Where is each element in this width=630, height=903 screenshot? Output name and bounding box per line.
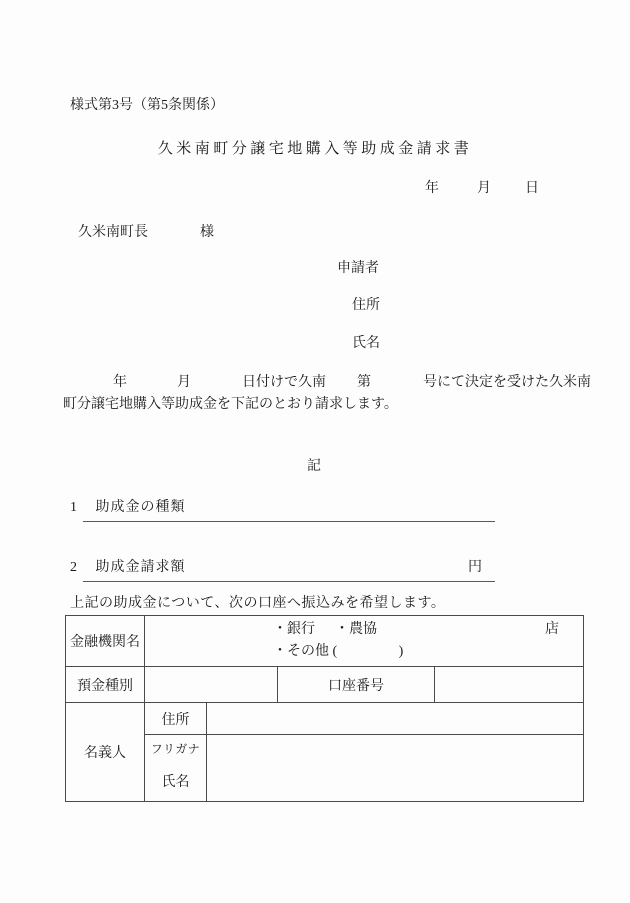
addressee-honorific: 様 [200,221,214,241]
transfer-note: 上記の助成金について、次の口座へ振込みを希望します。 [70,592,445,612]
holder-name-label-cell: フリガナ 氏名 [145,735,207,801]
date-day-label: 日 [525,177,539,197]
statement-go-phrase: 号にて決定を受けた久米南 [423,372,591,394]
holder-name-value-cell[interactable] [207,735,583,801]
item-1-number: 1 [70,500,77,516]
option-bank[interactable]: ・銀行 [273,619,315,641]
amount-fill-line[interactable] [83,581,495,582]
option-other-close-paren: ) [399,644,404,659]
option-other[interactable]: ・その他 ( [273,644,337,659]
form-page: 様式第3号（第5条関係） 久米南町分譲宅地購入等助成金請求書 年 月 日 久米南… [0,0,630,903]
holder-name-label: 氏名 [162,771,190,791]
statement-year-label: 年 [113,372,127,394]
institution-options-line2: ・その他 ( ) [273,641,583,663]
deposit-type-value-cell[interactable] [145,667,278,702]
request-statement: 年 月 日付けで久南 第 号にて決定を受けた久米南 町分譲宅地購入等助成金を下記… [63,372,603,416]
yen-unit-label: 円 [468,556,482,576]
institution-label: 金融機関名 [70,631,140,651]
form-number: 様式第3号（第5条関係） [70,94,224,114]
option-ja[interactable]: ・農協 [335,619,377,641]
holder-address-label-cell: 住所 [145,703,207,734]
account-number-value-cell[interactable] [435,667,583,702]
deposit-type-label: 預金種別 [77,675,133,695]
item-subsidy-type: 1 助成金の種類 [70,496,186,514]
institution-label-cell: 金融機関名 [66,616,145,666]
branch-suffix-label: 店 [545,619,559,641]
account-number-label-cell: 口座番号 [278,667,435,702]
holder-label-cell: 名義人 [66,703,145,801]
date-year-label: 年 [425,177,439,197]
deposit-account-row: 預金種別 口座番号 [66,667,583,703]
document-title: 久米南町分譲宅地購入等助成金請求書 [0,137,630,158]
institution-row: 金融機関名 ・銀行 ・農協 店 ・その他 ( ) [66,616,583,667]
furigana-label: フリガナ [151,740,200,757]
request-statement-line2: 町分譲宅地購入等助成金を下記のとおり請求します。 [63,394,603,416]
institution-value-cell[interactable]: ・銀行 ・農協 店 ・その他 ( ) [145,616,583,666]
ki-heading: 記 [0,455,630,475]
date-month-label: 月 [477,177,491,197]
deposit-type-label-cell: 預金種別 [66,667,145,702]
item-2-number: 2 [70,560,77,576]
holder-row: 名義人 住所 フリガナ 氏名 [66,703,583,801]
statement-date-phrase: 日付けで久南 [242,372,326,394]
item-1-label: 助成金の種類 [96,500,186,515]
holder-address-value-cell[interactable] [207,703,583,734]
statement-month-label: 月 [177,372,191,394]
applicant-heading: 申請者 [337,257,379,277]
date-line: 年 月 日 [425,177,585,195]
addressee-name: 久米南町長 [78,221,148,241]
statement-dai-label: 第 [357,372,371,394]
institution-options-line1: ・銀行 ・農協 店 [273,619,559,641]
account-number-label: 口座番号 [328,675,384,695]
addressee-line: 久米南町長 様 [78,221,328,239]
subsidy-type-fill-line[interactable] [83,521,495,522]
applicant-address-label: 住所 [352,294,380,314]
item-2-label: 助成金請求額 [96,560,186,575]
holder-address-row: 住所 [145,703,583,735]
holder-name-row: フリガナ 氏名 [145,735,583,801]
item-amount: 2 助成金請求額 [70,556,186,574]
applicant-name-label: 氏名 [352,332,380,352]
request-statement-line1: 年 月 日付けで久南 第 号にて決定を受けた久米南 [63,372,603,394]
holder-address-label: 住所 [162,709,190,729]
bank-account-table: 金融機関名 ・銀行 ・農協 店 ・その他 ( ) 預金種別 口座番号 [65,615,584,802]
holder-detail-area: 住所 フリガナ 氏名 [145,703,583,801]
holder-label: 名義人 [84,742,126,762]
